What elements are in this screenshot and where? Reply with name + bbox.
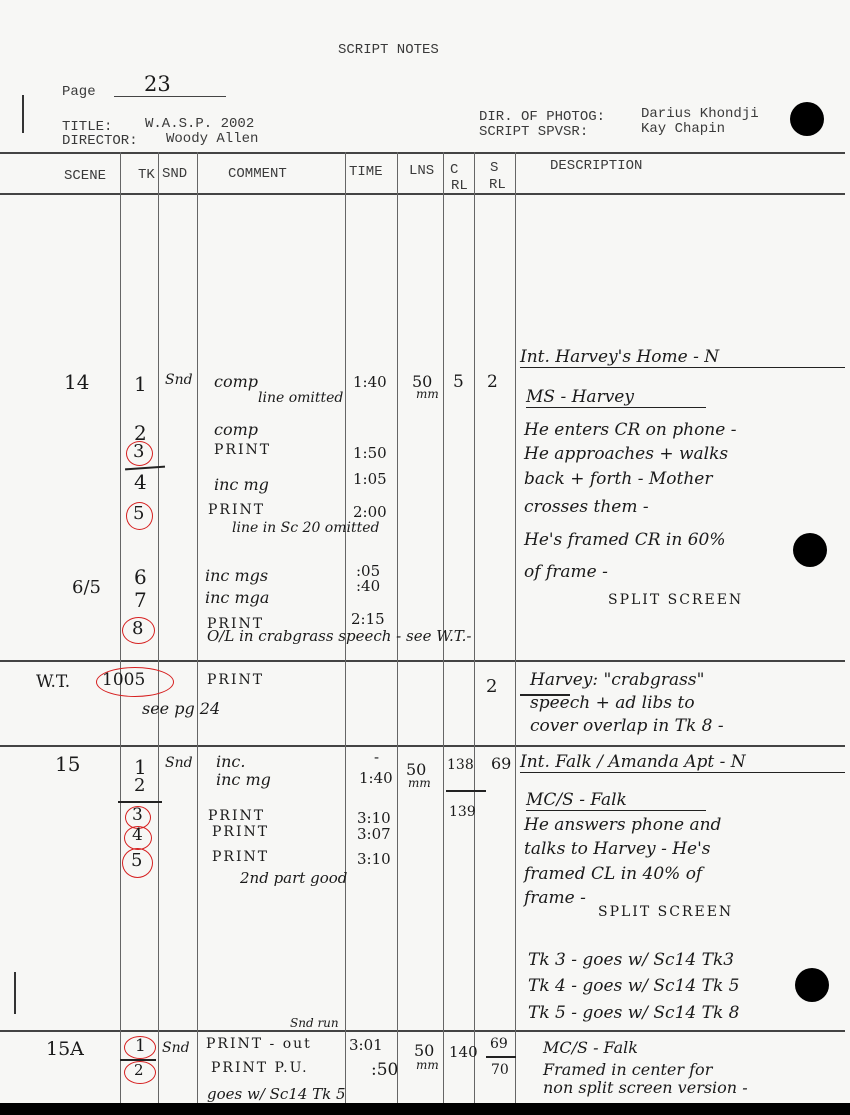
take-time: - <box>374 748 379 766</box>
sound-roll: 69 <box>490 1036 508 1052</box>
take-time: 1:50 <box>353 444 387 462</box>
description-shot: MC/S - Falk <box>526 790 706 811</box>
margin-mark-top <box>22 95 24 133</box>
dop-value: Darius Khondji <box>641 106 759 122</box>
take-comment: PRINT - out <box>206 1036 312 1052</box>
scene-number: W.T. <box>36 672 70 692</box>
take-comment: comp <box>214 372 258 391</box>
take-separator <box>118 801 162 803</box>
description-slug: Int. Falk / Amanda Apt - N <box>520 752 845 773</box>
take-number: 7 <box>134 588 147 612</box>
take-comment: inc mg <box>216 770 271 789</box>
take-number: 6 <box>134 565 147 589</box>
table-top-border <box>0 152 845 154</box>
supervisor-label: SCRIPT SPVSR: <box>479 124 588 140</box>
scene-number: 15A <box>46 1038 84 1060</box>
sound-roll: 2 <box>487 372 498 392</box>
form-title: SCRIPT NOTES <box>338 42 439 58</box>
supervisor-value: Kay Chapin <box>641 121 725 137</box>
take-time: 1:40 <box>359 769 393 787</box>
footnote: goes w/ Sc14 Tk 5 <box>207 1085 346 1103</box>
description-line: talks to Harvey - He's <box>524 839 711 859</box>
col-header-tk: TK <box>138 167 155 183</box>
take-note: line omitted <box>258 390 343 406</box>
punch-hole-bottom <box>795 968 829 1002</box>
take-number: 5 <box>133 503 144 524</box>
take-comment: inc mg <box>214 475 269 494</box>
description-line: non split screen version - <box>543 1078 748 1097</box>
col-header-scene: SCENE <box>64 168 106 184</box>
col-header-comment: COMMENT <box>228 166 287 182</box>
take-time: 3:01 <box>349 1036 383 1054</box>
description-line: crosses them - <box>524 497 649 517</box>
roll-separator <box>486 1056 516 1058</box>
page-number-line <box>114 96 226 97</box>
col-divider-srl <box>515 152 516 1103</box>
col-header-description: DESCRIPTION <box>550 158 642 174</box>
take-comment: inc mga <box>205 588 269 607</box>
sound-note: Snd <box>162 1040 190 1056</box>
take-comment: inc mgs <box>205 566 268 585</box>
description-line: cover overlap in Tk 8 - <box>530 716 724 736</box>
description-shot: MS - Harvey <box>526 387 706 408</box>
description-line: Harvey: "crabgrass" <box>530 670 704 690</box>
punch-hole-middle <box>793 533 827 567</box>
camera-roll: 5 <box>453 372 464 392</box>
page-number: 23 <box>144 72 171 96</box>
scan-edge <box>0 1103 850 1115</box>
take-comment: inc. <box>216 752 245 771</box>
lens-unit: mm <box>416 387 439 401</box>
take-comment: PRINT <box>212 824 269 840</box>
col-header-srl-bottom: RL <box>489 177 506 193</box>
take-comment: PRINT <box>212 849 269 865</box>
description-line: framed CL in 40% of <box>524 864 702 884</box>
take-time: 2:15 <box>351 610 385 628</box>
punch-hole-top <box>790 102 824 136</box>
scene-number: 15 <box>55 752 80 776</box>
col-header-crl-bottom: RL <box>451 178 468 194</box>
take-time: 1:05 <box>353 470 387 488</box>
take-number: 3 <box>133 441 144 462</box>
take-comment: PRINT <box>207 672 264 688</box>
take-comment: PRINT <box>208 808 265 824</box>
take-number: 1005 <box>102 670 145 690</box>
camera-roll: 138 <box>447 757 474 773</box>
take-note: 2nd part good <box>240 869 347 887</box>
take-comment: PRINT P.U. <box>211 1060 309 1076</box>
col-divider-crl <box>474 152 475 1103</box>
description-line: He's framed CR in 60% <box>524 530 726 550</box>
take-match-note: Tk 4 - goes w/ Sc14 Tk 5 <box>528 976 739 996</box>
take-number: 3 <box>132 805 143 825</box>
col-header-snd: SND <box>162 166 187 182</box>
take-number: 4 <box>134 470 147 494</box>
page-label: Page <box>62 84 96 100</box>
take-comment: comp <box>214 420 258 439</box>
description-note: SPLIT SCREEN <box>608 592 743 608</box>
camera-roll: 140 <box>449 1043 478 1061</box>
row-divider-wt <box>0 745 845 747</box>
description-line: He approaches + walks <box>524 444 728 464</box>
margin-mark-bottom <box>14 972 16 1014</box>
scene-alt-number: 6/5 <box>72 577 101 598</box>
sound-note: Snd <box>165 755 193 771</box>
take-number: 1 <box>135 1036 146 1056</box>
col-header-crl-top: C <box>450 162 458 178</box>
take-number: 2 <box>134 1061 144 1079</box>
take-number: 4 <box>132 825 143 845</box>
col-divider-snd <box>197 152 198 1103</box>
take-number: 5 <box>131 850 142 871</box>
director-label: DIRECTOR: <box>62 133 138 149</box>
title-value: W.A.S.P. 2002 <box>145 116 254 132</box>
sound-roll: 69 <box>491 754 511 773</box>
scene-number: 14 <box>64 370 89 394</box>
dop-label: DIR. OF PHOTOG: <box>479 109 605 125</box>
header-bottom-border <box>0 193 845 195</box>
take-time: 3:10 <box>357 850 391 868</box>
sound-note: Snd <box>165 372 193 388</box>
take-time: 1:40 <box>353 373 387 391</box>
description-line: speech + ad libs to <box>530 693 695 713</box>
take-comment: PRINT <box>208 502 265 518</box>
take-number: 8 <box>132 618 143 639</box>
col-header-srl-top: S <box>490 160 498 176</box>
roll-separator <box>446 790 486 792</box>
take-above-note: Snd run <box>290 1016 339 1030</box>
lens-unit: mm <box>408 776 431 790</box>
take-note: see pg 24 <box>142 699 220 718</box>
description-line: He enters CR on phone - <box>524 420 736 440</box>
take-time: 3:07 <box>357 825 391 843</box>
sound-roll: 2 <box>486 676 497 697</box>
lens-unit: mm <box>416 1058 439 1072</box>
description-line: back + forth - Mother <box>524 469 713 489</box>
footnote: O/L in crabgrass speech - see W.T.- <box>207 627 471 645</box>
sound-roll: 70 <box>491 1062 509 1078</box>
col-header-lns: LNS <box>409 163 434 179</box>
camera-roll: 139 <box>449 804 476 820</box>
description-shot: MC/S - Falk <box>543 1038 638 1057</box>
col-divider-tk <box>158 152 159 1103</box>
description-slug: Int. Harvey's Home - N <box>520 347 845 368</box>
take-number: 2 <box>134 775 145 796</box>
col-header-time: TIME <box>349 164 383 180</box>
col-divider-scene <box>120 152 121 1103</box>
row-divider-15 <box>0 1030 845 1032</box>
take-match-note: Tk 3 - goes w/ Sc14 Tk3 <box>528 950 734 970</box>
take-comment: PRINT <box>214 442 271 458</box>
row-divider-14 <box>0 660 845 662</box>
take-time: :40 <box>356 577 380 595</box>
take-number: 1 <box>134 372 147 396</box>
director-value: Woody Allen <box>166 131 258 147</box>
take-time: 2:00 <box>353 503 387 521</box>
description-line: frame - <box>524 888 586 908</box>
description-line: He answers phone and <box>524 815 721 835</box>
description-note: SPLIT SCREEN <box>598 904 733 920</box>
description-line: Framed in center for <box>543 1060 712 1079</box>
take-time: :50 <box>371 1060 398 1080</box>
take-note: line in Sc 20 omitted <box>232 520 379 536</box>
take-match-note: Tk 5 - goes w/ Sc14 Tk 8 <box>528 1003 739 1023</box>
description-line: of frame - <box>524 562 608 582</box>
